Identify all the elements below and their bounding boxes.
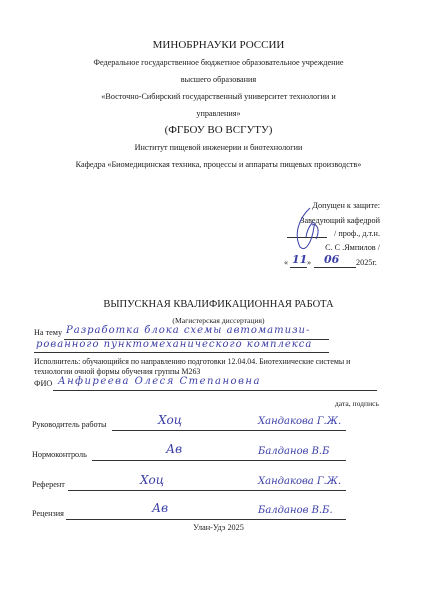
university-line-1: «Восточно-Сибирский государственный унив… — [0, 92, 437, 101]
fio-value: Анфиреева Олеся Степановна — [58, 376, 261, 387]
topic-value-1: Разработка блока схемы автоматизи- — [66, 325, 310, 336]
work-subtitle: (Магистерская диссертация) — [0, 316, 437, 325]
date-quote-close: » — [307, 258, 311, 267]
month-line — [314, 267, 356, 268]
date-sign-label: дата, подпись — [335, 399, 379, 408]
signature-mark: Хоц — [158, 413, 182, 427]
signature-line — [66, 519, 256, 520]
day-line — [290, 267, 307, 268]
signatory-name: Балданов В.Б — [258, 446, 329, 457]
signature-label: Нормоконтроль — [32, 450, 87, 459]
signature-label: Рецензия — [32, 509, 64, 518]
name-line — [256, 490, 346, 491]
topic-line-2 — [34, 352, 329, 353]
signature-mark: Ав — [152, 501, 168, 515]
signature-line — [112, 430, 258, 431]
name-line — [256, 519, 346, 520]
institution-line-1: Федеральное государственное бюджетное об… — [0, 58, 437, 67]
topic-value-2: рованного пунктомеханического комплекса — [36, 339, 312, 350]
department-name: Кафедра «Биомедицинская техника, процесс… — [0, 160, 437, 169]
city-year: Улан-Удэ 2025 — [0, 523, 437, 532]
institute-name: Институт пищевой инженерии и биотехнолог… — [0, 143, 437, 152]
fio-label: ФИО — [34, 379, 52, 388]
signatory-name: Балданов В.Б. — [258, 505, 333, 516]
fio-line — [53, 390, 377, 391]
signature-label: Руководитель работы — [32, 420, 107, 429]
topic-label: На тему — [34, 328, 62, 337]
signature-mark: Хоц — [140, 473, 164, 487]
signature-mark: Ав — [166, 442, 182, 456]
head-signature — [290, 205, 325, 255]
signatory-name: Хандакова Г.Ж. — [258, 416, 341, 427]
approval-year: 2025г. — [356, 258, 377, 267]
signatory-name: Хандакова Г.Ж. — [258, 476, 341, 487]
approval-month: 06 — [324, 253, 339, 266]
work-title: ВЫПУСКНАЯ КВАЛИФИКАЦИОННАЯ РАБОТА — [0, 299, 437, 310]
head-name: С. С .Ямпилов / — [325, 243, 380, 252]
approval-day: 11 — [292, 253, 307, 266]
signature-line — [92, 460, 256, 461]
university-abbreviation: (ФГБОУ ВО ВСГУТУ) — [0, 124, 437, 136]
performer-line-1: Исполнитель: обучающийся по направлению … — [34, 357, 350, 366]
signature-line — [68, 490, 256, 491]
date-quote-open: « — [284, 258, 288, 267]
name-line — [258, 430, 346, 431]
name-line — [256, 460, 346, 461]
university-line-2: управления» — [0, 109, 437, 118]
ministry-heading: МИНОБРНАУКИ РОССИИ — [0, 39, 437, 51]
signature-label: Референт — [32, 480, 65, 489]
head-title: / проф., д.т.н. — [334, 229, 380, 238]
performer-line-2: технологии очной формы обучения группы М… — [34, 367, 200, 376]
institution-line-2: высшего образования — [0, 75, 437, 84]
